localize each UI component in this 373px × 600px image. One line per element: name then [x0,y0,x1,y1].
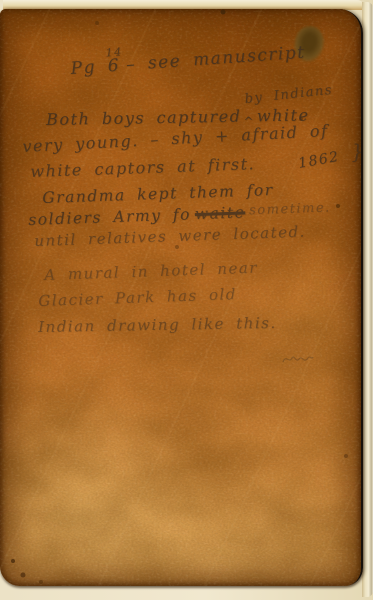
handwriting-line-glacier: Glacier Park has old [38,285,237,310]
scanned-notebook-cover: Pg 614– see manuscript by Indians Both b… [0,0,373,600]
handwriting-line-mural: A mural in hotel near [44,259,258,284]
handwriting-page-ref: Pg 614– see manuscript [70,43,306,79]
soldiers-addition: sometime. [249,200,331,218]
brace-mark: } [350,139,363,164]
page-edges-right [362,2,373,597]
page-ref-superscript: 14 [105,45,123,59]
wear-specks [0,9,2,11]
leather-cover: Pg 614– see manuscript by Indians Both b… [0,9,363,586]
page-ref-text: Pg 6 [70,56,121,79]
handwriting-line-captors: white captors at first. [30,154,255,181]
struck-word: waite [195,203,246,223]
soldiers-text: soldiers Army fo [28,205,191,229]
handwriting-year: 1862 [297,149,341,172]
handwriting-inserted-phrase: by Indians [244,83,334,107]
page-ref-note: – see manuscript [125,43,306,75]
handwriting-line-indian: Indian drawing like this. [38,314,277,336]
faint-scribble [281,350,315,368]
captured-text: Both boys captured [46,107,242,129]
